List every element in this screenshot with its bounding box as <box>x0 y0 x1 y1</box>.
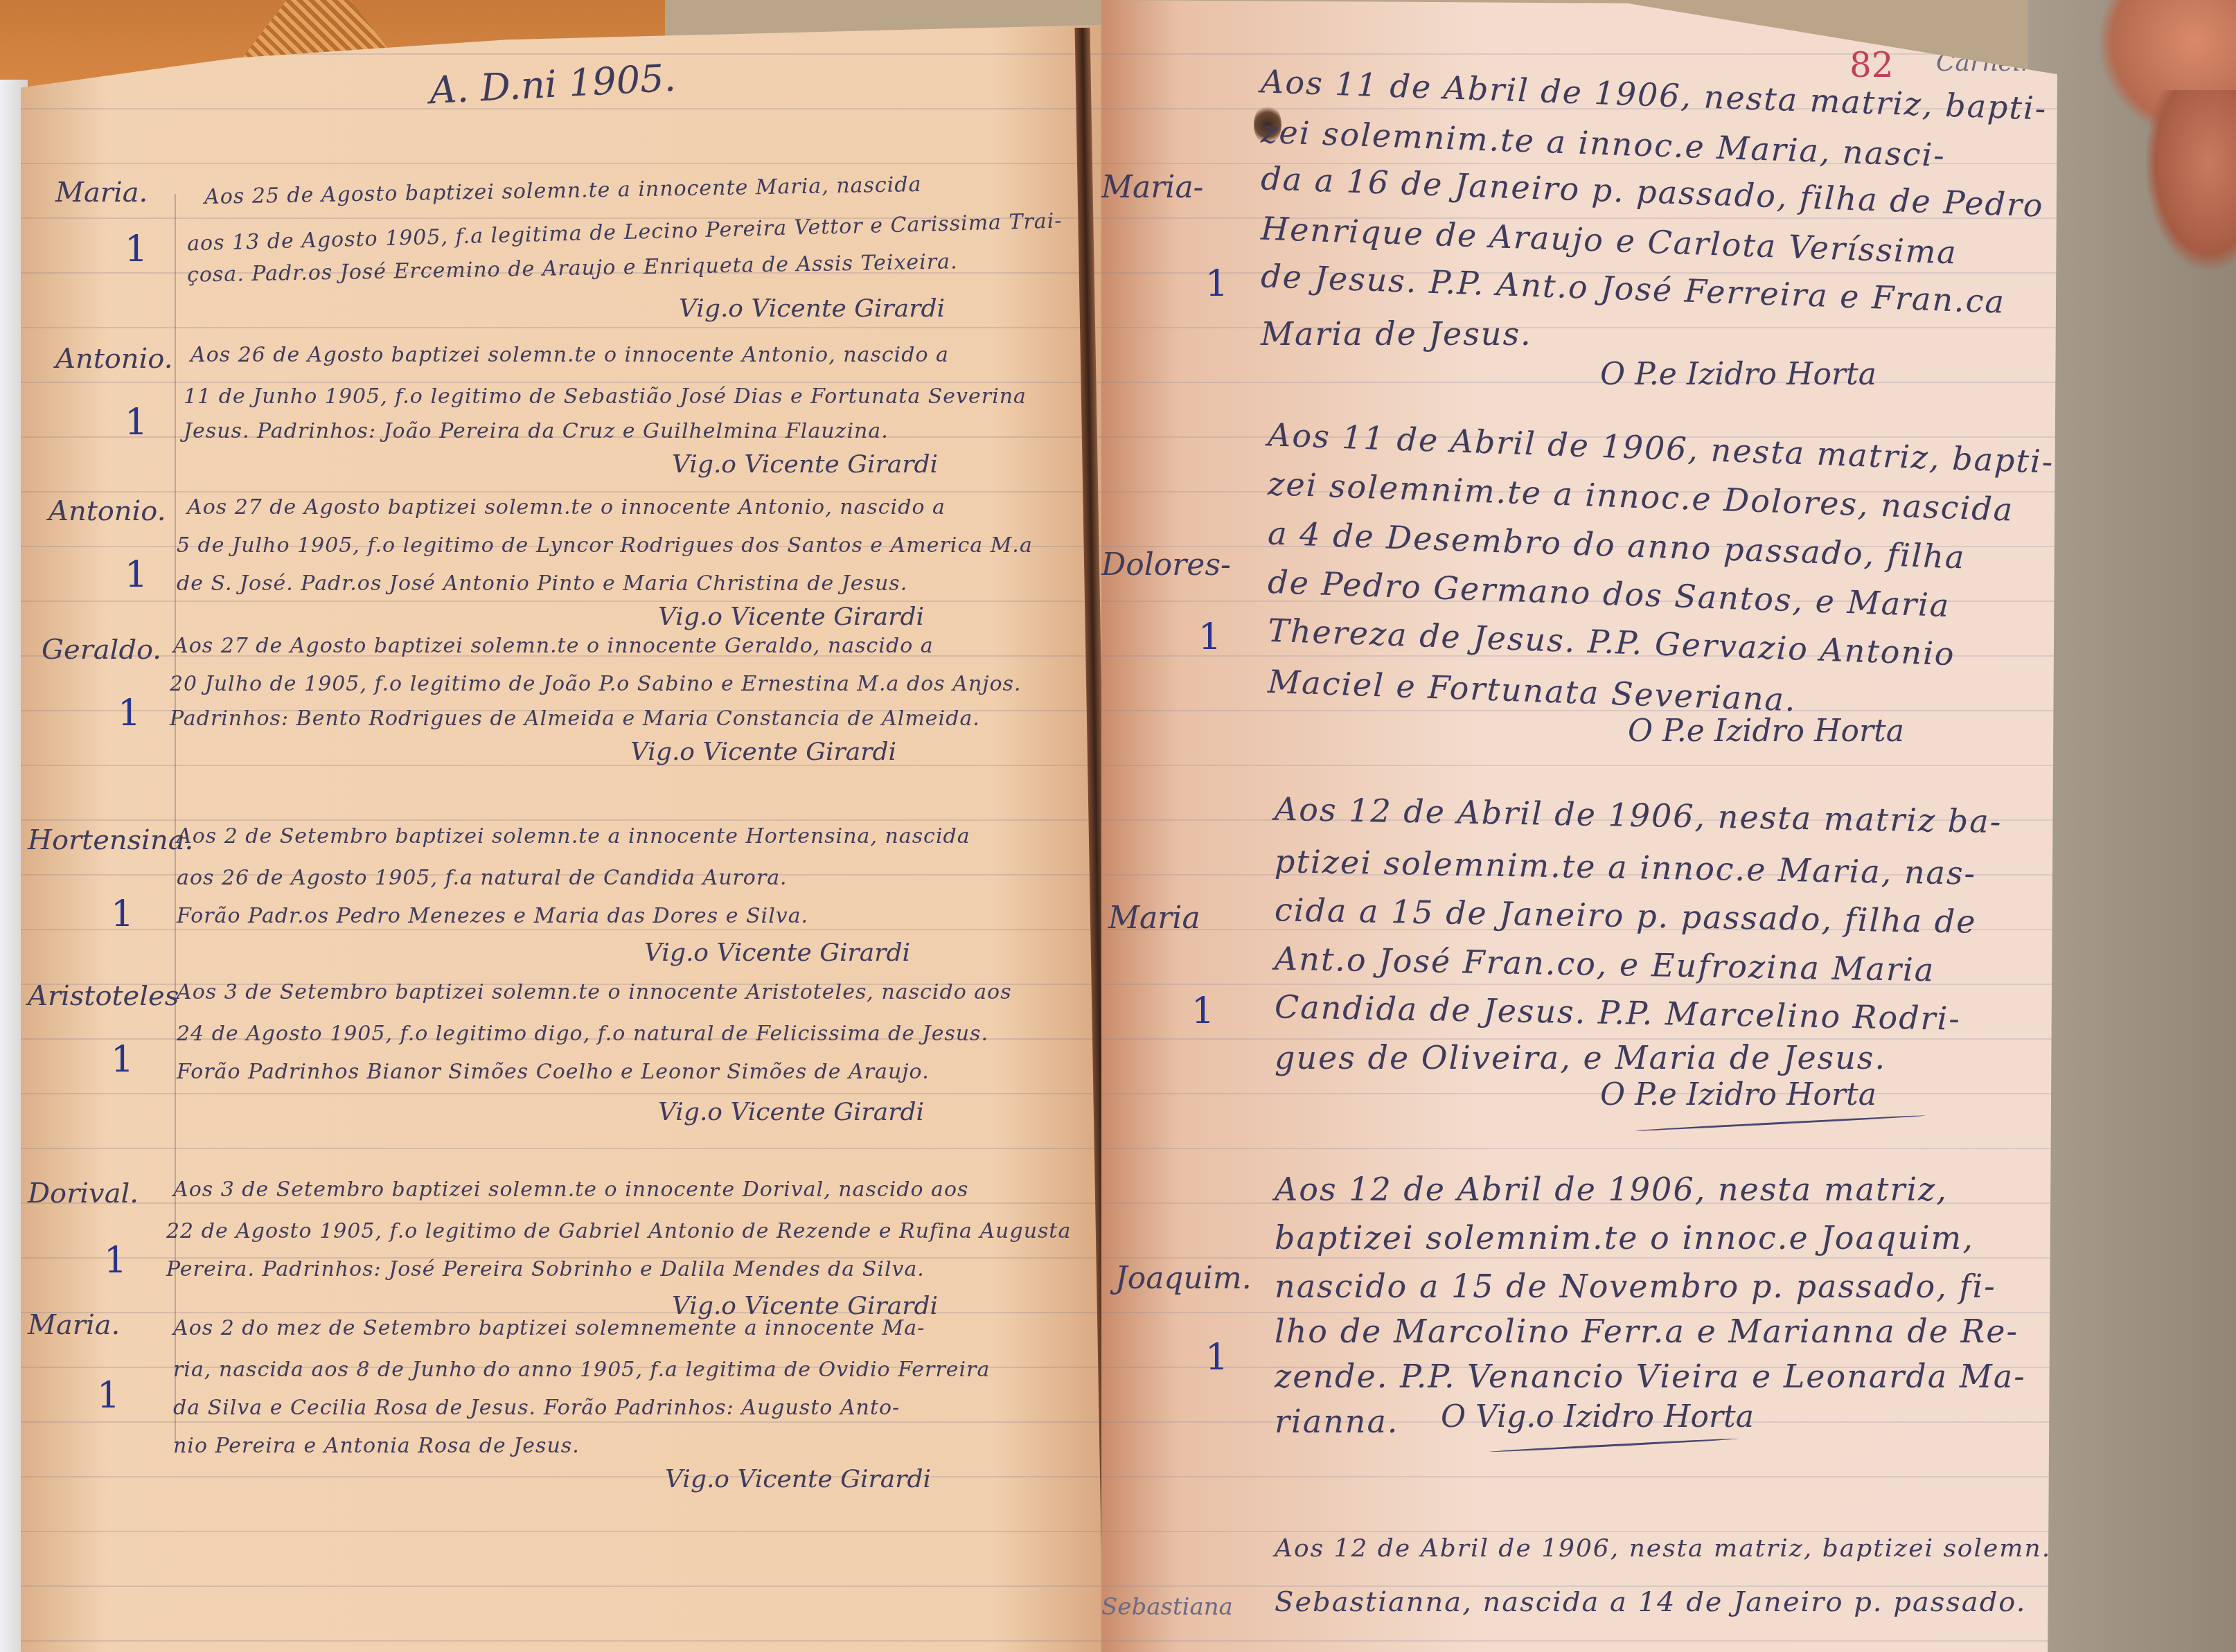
margin-rule <box>175 194 176 1441</box>
priest-signature: Vig.o Vicente Girardi <box>672 450 938 479</box>
priest-signature: O Vig.o Izidro Horta <box>1441 1399 1754 1435</box>
entry-line: Forão Padr.os Pedro Menezes e Maria das … <box>177 904 808 928</box>
tally-mark: 1 <box>118 693 141 734</box>
entry-line: zende. P.P. Venancio Vieira e Leonarda M… <box>1275 1358 2026 1395</box>
priest-signature: Vig.o Vicente Girardi <box>679 294 945 323</box>
entry-line: baptizei solemnim.te o innoc.e Joaquim, <box>1275 1219 1974 1256</box>
entry-name: Maria. <box>55 177 148 208</box>
entry-name: Dorival. <box>28 1178 139 1209</box>
entry-line: Maciel e Fortunata Severiana. <box>1267 663 1797 719</box>
entry-line: Aos 27 de Agosto baptizei solemn.te o in… <box>187 495 946 519</box>
entry-name: Joaquim. <box>1115 1261 1252 1296</box>
entry-line: lho de Marcolino Ferr.a e Marianna de Re… <box>1275 1313 2018 1350</box>
entry-line: 5 de Julho 1905, f.o legitimo de Lyncor … <box>177 533 1033 558</box>
tally-mark: 1 <box>125 402 148 443</box>
entry-name: Maria- <box>1101 170 1204 205</box>
entry-line: 20 Julho de 1905, f.o legitimo de João P… <box>170 672 1022 696</box>
tally-mark: 1 <box>125 554 148 596</box>
entry-line: de S. José. Padr.os José Antonio Pinto e… <box>177 571 907 596</box>
priest-signature: O P.e Izidro Horta <box>1600 357 1876 392</box>
entry-line: Aos 25 de Agosto baptizei solemn.te a in… <box>204 172 922 209</box>
entry-name: Sebastiana <box>1101 1593 1233 1621</box>
priest-signature: Vig.o Vicente Girardi <box>658 1098 924 1126</box>
entry-line: Maria de Jesus. <box>1261 315 1532 353</box>
priest-signature: Vig.o Vicente Girardi <box>665 1465 931 1493</box>
tally-mark: 1 <box>1191 991 1214 1032</box>
priest-signature: Vig.o Vicente Girardi <box>658 603 924 631</box>
entry-line: Padrinhos: Bento Rodrigues de Almeida e … <box>170 707 980 731</box>
entry-line: çosa. Padr.os José Ercemino de Araujo e … <box>187 249 958 287</box>
entry-line: nio Pereira e Antonia Rosa de Jesus. <box>173 1434 580 1458</box>
entry-name: Maria. <box>28 1309 120 1341</box>
entry-line: Aos 2 do mez de Setembro baptizei solemn… <box>173 1316 925 1340</box>
entry-line: Ant.o José Fran.co, e Eufrozina Maria <box>1275 940 1935 989</box>
tally-mark: 1 <box>104 1240 127 1281</box>
entry-line: Candida de Jesus. P.P. Marcelino Rodri- <box>1275 988 1962 1037</box>
entry-line: Aos 12 de Abril de 1906, nesta matriz ba… <box>1275 790 2003 840</box>
signature-flourish <box>1489 1438 1739 1453</box>
entry-line: Sebastianna, nascida a 14 de Janeiro p. … <box>1275 1586 2026 1618</box>
entry-line: Aos 12 de Abril de 1906, nesta matriz, b… <box>1275 1534 2079 1563</box>
priest-signature: Vig.o Vicente Girardi <box>644 939 910 967</box>
entry-line: Aos 3 de Setembro baptizei solemn.te o i… <box>177 980 1012 1004</box>
entry-line: Aos 2 de Setembro baptizei solemn.te a i… <box>177 824 970 849</box>
entry-name: Maria <box>1108 900 1200 936</box>
entry-line: Aos 12 de Abril de 1906, nesta matriz, <box>1275 1171 1948 1208</box>
priest-signature: Vig.o Vicente Girardi <box>630 738 896 766</box>
entry-name: Hortensina. <box>28 824 193 856</box>
entry-line: ria, nascida aos 8 de Junho do anno 1905… <box>173 1358 990 1382</box>
tally-mark: 1 <box>1198 616 1221 658</box>
priest-signature: O P.e Izidro Horta <box>1600 1077 1876 1112</box>
entry-line: Pereira. Padrinhos: José Pereira Sobrinh… <box>166 1257 925 1281</box>
tally-mark: 1 <box>1205 1337 1228 1378</box>
entry-line: 24 de Agosto 1905, f.o legitimo digo, f.… <box>177 1022 988 1046</box>
entry-line: Aos 27 de Agosto baptizei solemn.te o in… <box>173 634 934 658</box>
tally-mark: 1 <box>97 1375 120 1416</box>
hand-finger <box>2146 90 2236 270</box>
page-header-year: A. D.ni 1905. <box>429 56 677 113</box>
entry-line: nascido a 15 de Novembro p. passado, fi- <box>1275 1268 1996 1305</box>
entry-line: aos 26 de Agosto 1905, f.a natural de Ca… <box>177 866 788 890</box>
entry-line: ptizei solemnim.te a innoc.e Maria, nas- <box>1275 842 1977 892</box>
folio-number-red: 82 <box>1849 45 1894 85</box>
entry-line: rianna. <box>1275 1403 1399 1440</box>
entry-line: Forão Padrinhos Bianor Simões Coelho e L… <box>177 1060 930 1084</box>
entry-name: Geraldo. <box>42 634 161 666</box>
entry-name: Aristoteles <box>28 980 179 1012</box>
entry-line: aos 13 de Agosto 1905, f.a legitima de L… <box>187 208 1063 256</box>
entry-line: 11 de Junho 1905, f.o legitimo de Sebast… <box>184 384 1027 409</box>
entry-line: Aos 3 de Setembro baptizei solemn.te o i… <box>173 1178 968 1202</box>
entry-name: Dolores- <box>1101 547 1231 583</box>
entry-line: da Silva e Cecilia Rosa de Jesus. Forão … <box>173 1396 900 1420</box>
entry-name: Antonio. <box>48 495 166 527</box>
entry-line: gues de Oliveira, e Maria de Jesus. <box>1275 1039 1886 1076</box>
tally-mark: 1 <box>1205 263 1228 305</box>
entry-line: 22 de Agosto 1905, f.o legitimo de Gabri… <box>166 1219 1071 1243</box>
entry-line: Jesus. Padrinhos: João Pereira da Cruz e… <box>184 419 889 443</box>
right-page: 82 75 Carneiro Maria- 1 Aos 11 de Abril … <box>1101 0 2057 1652</box>
entry-line: Aos 26 de Agosto baptizei solemn.te o in… <box>190 343 949 367</box>
entry-name: Antonio. <box>55 343 172 375</box>
tally-mark: 1 <box>111 894 134 935</box>
tally-mark: 1 <box>111 1039 134 1081</box>
signature-flourish <box>1635 1114 1926 1132</box>
tally-mark: 1 <box>125 229 148 270</box>
entry-line: cida a 15 de Janeiro p. passado, filha d… <box>1275 891 1977 941</box>
priest-signature: O P.e Izidro Horta <box>1628 713 1904 749</box>
left-page: A. D.ni 1905. Maria. 1 Aos 25 de Agosto … <box>21 0 1101 1652</box>
